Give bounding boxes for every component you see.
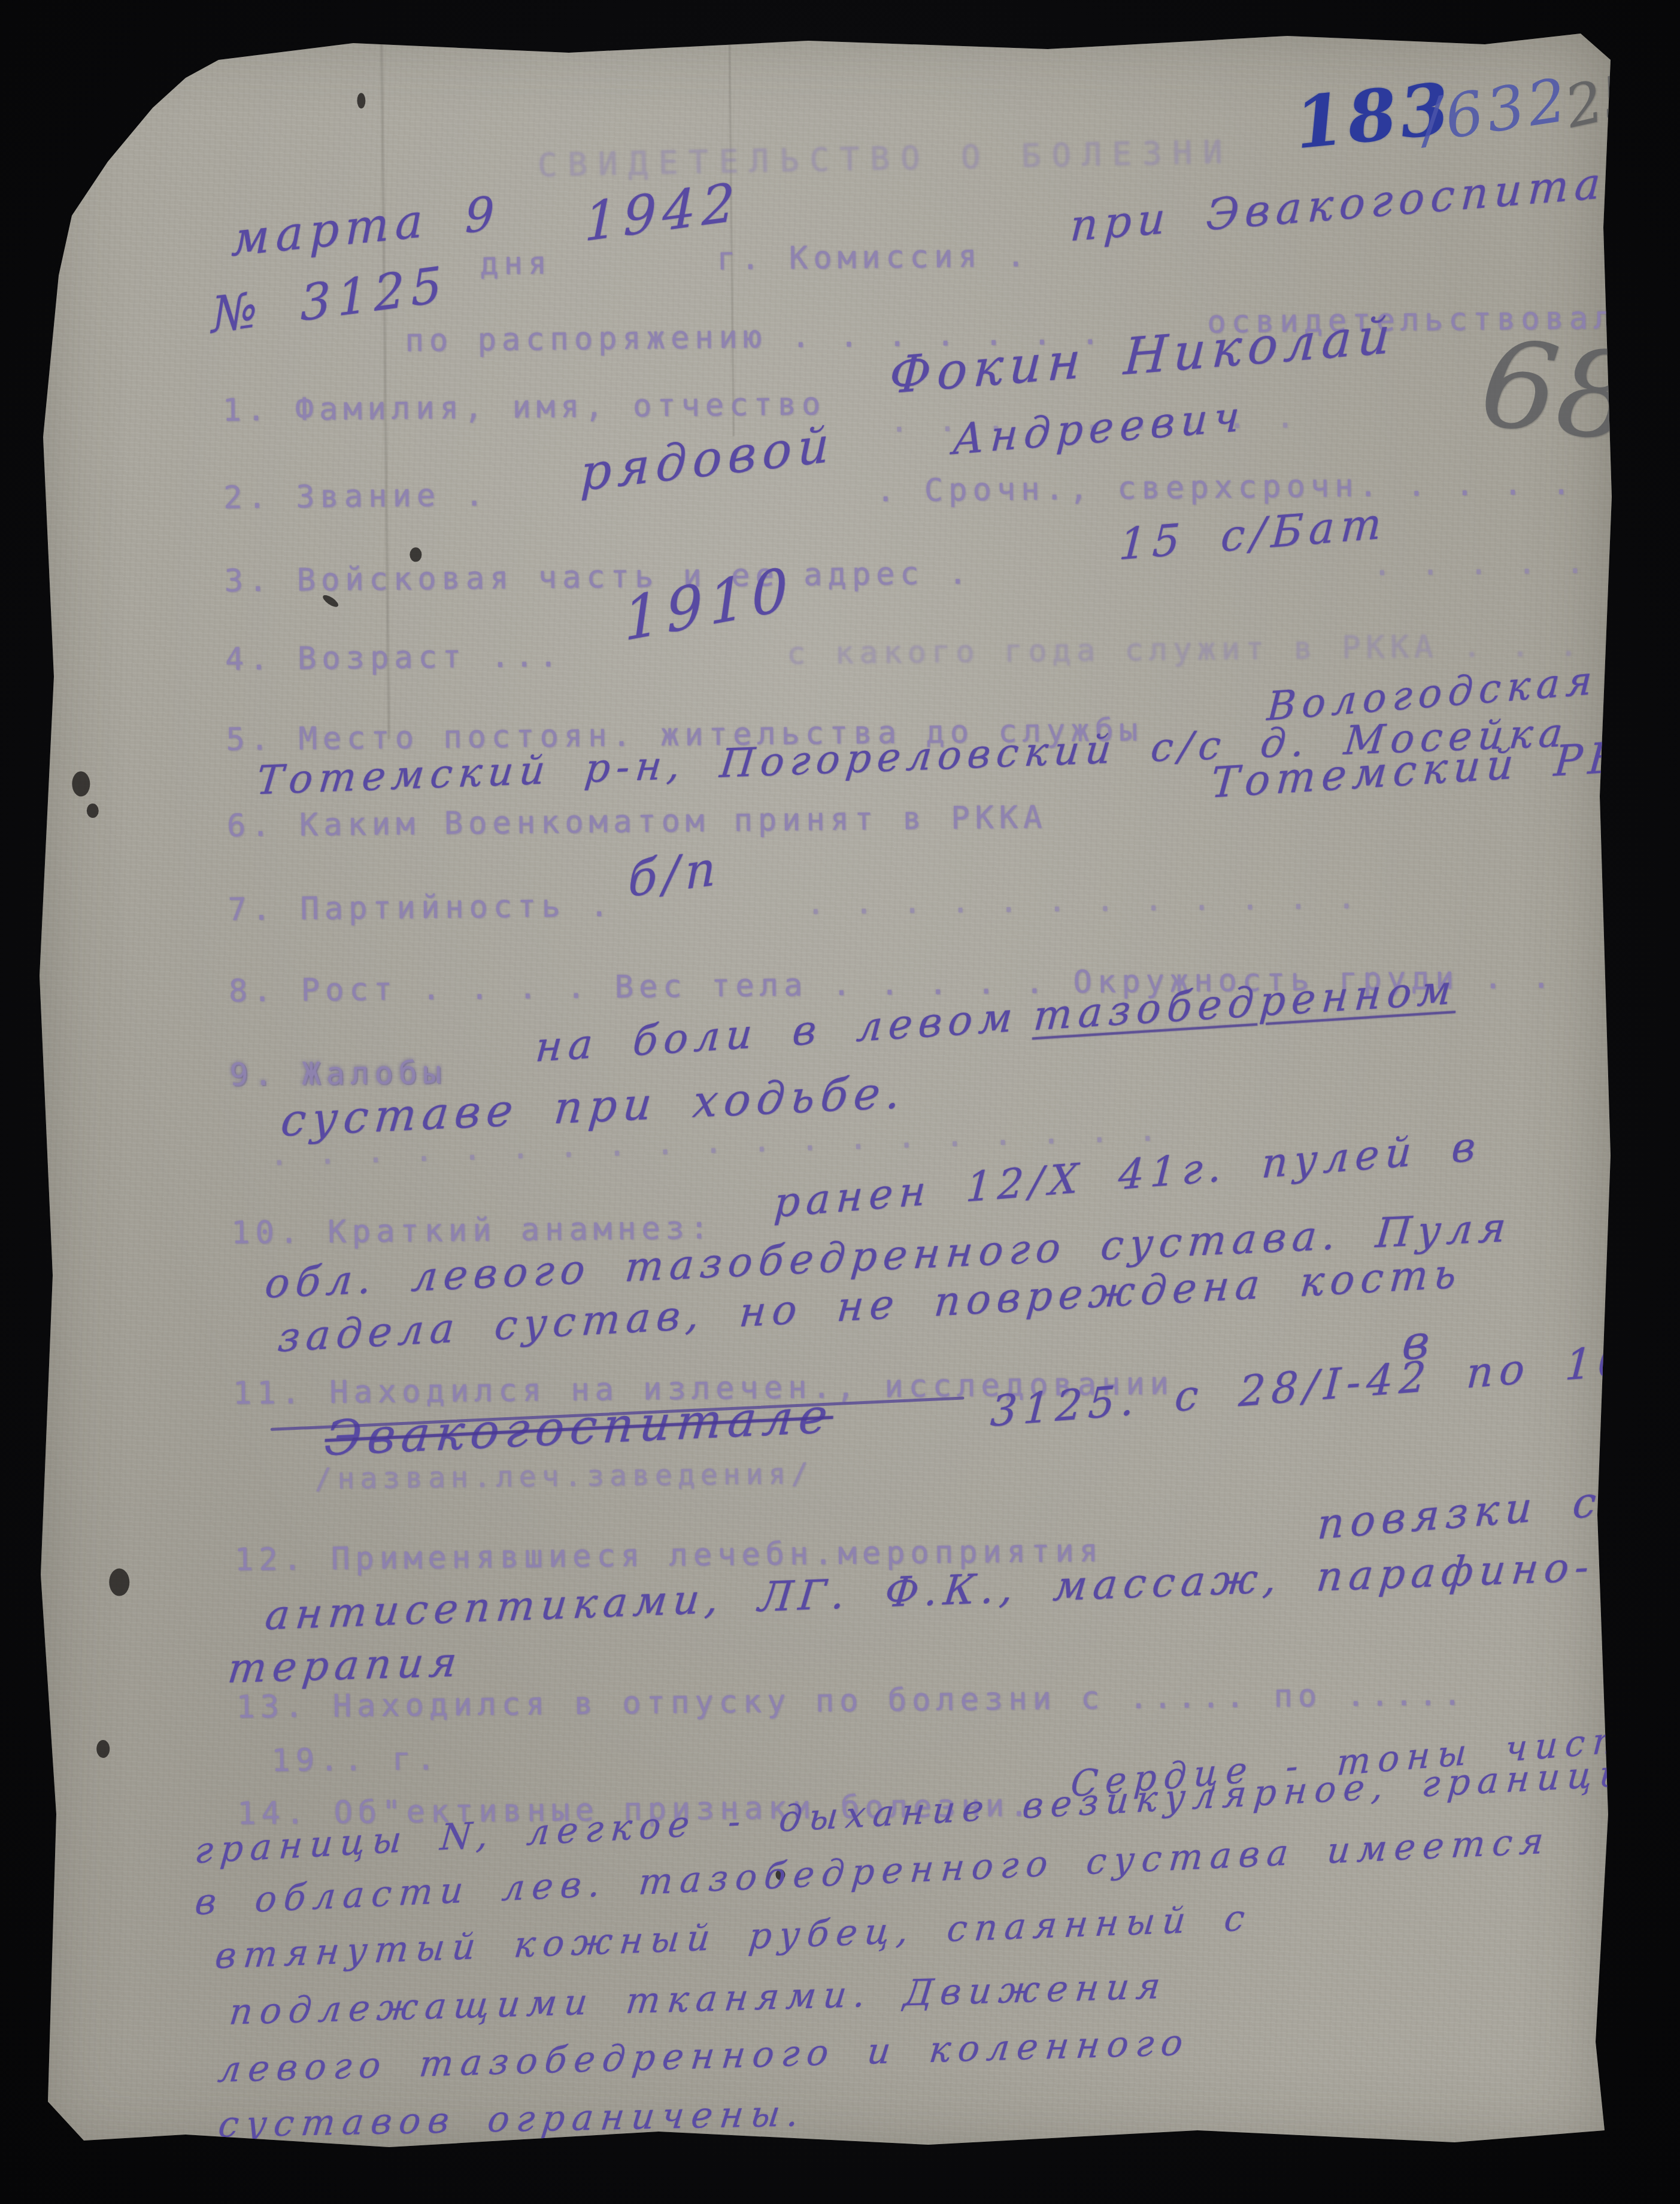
photo-background: СВИДЕТЕЛЬСТВО О БОЛЕЗНИ 183 /632 25 68 м… xyxy=(0,0,1680,2204)
day-label: дня xyxy=(480,245,553,282)
field-9-label: 9. Жалобы xyxy=(229,1055,447,1093)
field-1-label: 1. Фамилия, имя, отчество xyxy=(222,386,826,429)
field-14-signs-line5-handwritten: подлежащими тканями. Движения xyxy=(228,1965,1170,2033)
field-2-label-2: . Срочн., сверхсрочн. . . . . xyxy=(876,466,1576,509)
field-14-signs-line6-handwritten: левого тазобедренного и коленного xyxy=(216,2022,1193,2091)
field-13-label-2: 19.. г. xyxy=(271,1741,441,1779)
paper-hole xyxy=(109,1568,129,1596)
field-4-label: 4. Возраст ... xyxy=(225,638,563,678)
field-4-label-2: с какого года служит в РККА . . . xyxy=(787,627,1584,672)
field-7-party-handwritten: б/п xyxy=(628,839,722,908)
field-2-label: 2. Звание . xyxy=(223,477,489,516)
field-11-sublabel: /назван.леч.заведения/ xyxy=(314,1457,814,1496)
page-number-pencil: 25 xyxy=(1559,60,1645,141)
field-12-treatment-line3-handwritten: терапия xyxy=(226,1639,465,1693)
field-11-dates-handwritten: 3125. с 28/I-42 по 10/III-42 xyxy=(989,1321,1680,1436)
paper-hole xyxy=(87,804,99,818)
date-day-month-handwritten: марта 9 xyxy=(231,186,501,267)
field-14-signs-line7-handwritten: суставов ограничены. xyxy=(216,2093,808,2146)
document-content: СВИДЕТЕЛЬСТВО О БОЛЕЗНИ 183 /632 25 68 м… xyxy=(21,8,1630,2171)
field-7-label: 7. Партийность . xyxy=(228,888,614,928)
field-12-treatment-handwritten: повязки с xyxy=(1316,1477,1603,1549)
field-6-label: 6. Каким Военкоматом принят в РККА xyxy=(227,799,1048,844)
field-3-unit-handwritten: 15 с/Бат xyxy=(1118,498,1389,570)
document-sheet: СВИДЕТЕЛЬСТВО О БОЛЕЗНИ 183 /632 25 68 м… xyxy=(30,18,1617,2164)
paper-hole xyxy=(96,1740,110,1758)
field-7-dotted-leader: . . . . . . . . . . . . xyxy=(806,880,1361,922)
commission-label: г. Комиссия . xyxy=(717,238,1031,277)
document-title: СВИДЕТЕЛЬСТВО О БОЛЕЗНИ xyxy=(537,133,1233,184)
ink-speck xyxy=(410,547,421,562)
field-2-rank-handwritten: рядовой xyxy=(580,416,836,502)
paper-hole xyxy=(72,771,90,796)
ink-speck xyxy=(357,93,365,108)
field-3-label: 3. Войсковая часть и ее адрес . xyxy=(224,556,972,599)
vertical-crease xyxy=(379,21,392,739)
field-9-complaints-part1: на боли в левом xyxy=(533,994,1020,1072)
field-3-dotted-leader: . . . . . . . xyxy=(1372,544,1680,583)
